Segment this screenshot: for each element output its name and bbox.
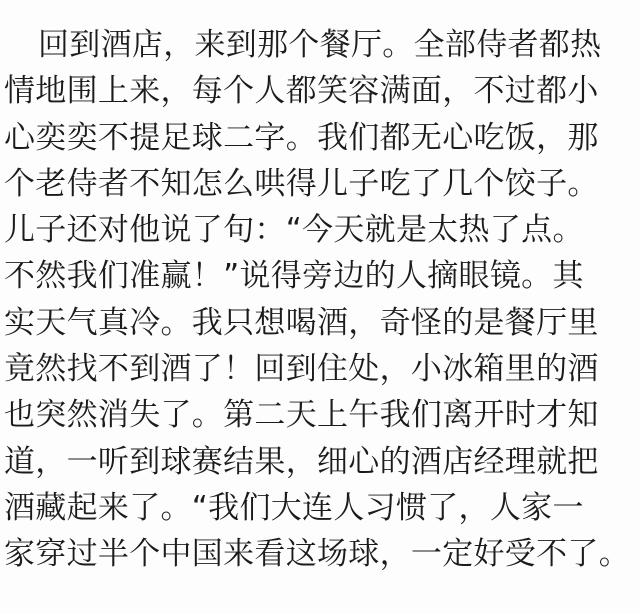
text-line: 儿子还对他说了句：“今天就是太热了点。 [4, 207, 640, 253]
text-line: 也突然消失了。第二天上午我们离开时才知 [4, 392, 640, 438]
text-line: 家穿过半个中国来看这场球，一定好受不了。 [4, 531, 640, 577]
text-line: 道，一听到球赛结果，细心的酒店经理就把 [4, 439, 640, 485]
text-line: 竟然找不到酒了！回到住处，小冰箱里的酒 [4, 346, 640, 392]
text-line: 心奕奕不提足球二字。我们都无心吃饭，那 [4, 115, 640, 161]
text-line: 酒藏起来了。“我们大连人习惯了，人家一 [4, 485, 640, 531]
text-line: 不然我们准赢！”说得旁边的人摘眼镜。其 [4, 253, 640, 299]
text-line: 个老侍者不知怎么哄得儿子吃了几个饺子。 [4, 161, 640, 207]
text-line: 实天气真冷。我只想喝酒，奇怪的是餐厅里 [4, 300, 640, 346]
text-document: 回到酒店，来到那个餐厅。全部侍者都热 情地围上来，每个人都笑容满面，不过都小 心… [4, 22, 640, 578]
text-line: 回到酒店，来到那个餐厅。全部侍者都热 [4, 22, 640, 68]
text-line: 情地围上来，每个人都笑容满面，不过都小 [4, 68, 640, 114]
